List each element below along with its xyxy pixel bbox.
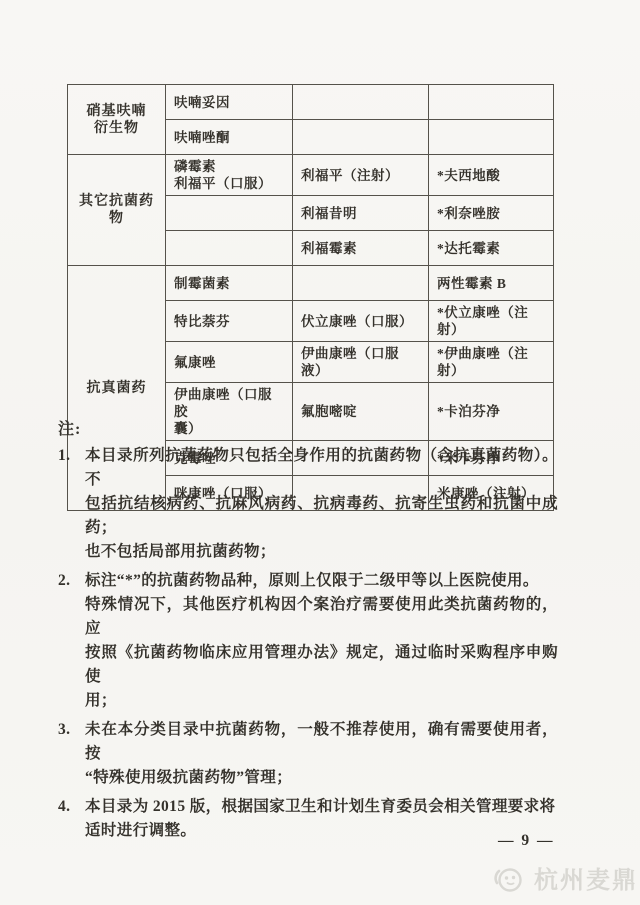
- cell-g1-r1-c2: 利福昔明: [293, 196, 429, 231]
- watermark: 杭州麦鼎: [493, 860, 638, 895]
- cell-g1-r1-c1: [166, 196, 293, 231]
- cell-g2-r1-c2: 伏立康唑（口服）: [293, 301, 429, 342]
- note-item-2: 2. 标注“*”的抗菌药物品种，原则上仅限于二级甲等以上医院使用。 特殊情况下，…: [58, 569, 558, 713]
- cell-g0-r0-c1: 呋喃妥因: [166, 85, 293, 120]
- note-marker: 1.: [58, 444, 85, 564]
- watermark-logo-icon: [493, 862, 529, 894]
- page-number: — 9 —: [498, 832, 555, 850]
- group-label-nitrofuran-derivatives: 硝基呋喃 衍生物: [68, 85, 166, 155]
- cell-g0-r0-c3: [429, 85, 554, 120]
- cell-g1-r0-c1: 磷霉素 利福平（口服）: [166, 155, 293, 196]
- cell-g1-r1-c3: *利奈唑胺: [429, 196, 554, 231]
- note-item-3: 3. 未在本分类目录中抗菌药物，一般不推荐使用，确有需要使用者，按 “特殊使用级…: [58, 718, 558, 790]
- cell-g2-r0-c2: [293, 266, 429, 301]
- watermark-text: 杭州麦鼎: [534, 860, 638, 895]
- cell-g2-r1-c3: *伏立康唑（注射）: [429, 301, 554, 342]
- cell-g2-r1-c1: 特比萘芬: [166, 301, 293, 342]
- scanned-document-page: 硝基呋喃 衍生物 呋喃妥因 呋喃唑酮 其它抗菌药物 磷霉素 利福平（口服） 利福…: [0, 0, 640, 905]
- table-row: 抗真菌药 制霉菌素 两性霉素 B: [68, 266, 554, 301]
- note-text: 本目录为 2015 版，根据国家卫生和计划生育委员会相关管理要求将 适时进行调整…: [85, 795, 558, 843]
- cell-g2-r0-c3: 两性霉素 B: [429, 266, 554, 301]
- cell-g1-r2-c2: 利福霉素: [293, 231, 429, 266]
- cell-g1-r0-c2: 利福平（注射）: [293, 155, 429, 196]
- cell-g1-r0-c3: *夫西地酸: [429, 155, 554, 196]
- cell-g0-r1-c2: [293, 120, 429, 155]
- note-marker: 3.: [58, 718, 85, 790]
- cell-g2-r2-c2: 伊曲康唑（口服液）: [293, 342, 429, 383]
- note-text: 标注“*”的抗菌药物品种，原则上仅限于二级甲等以上医院使用。 特殊情况下，其他医…: [85, 569, 558, 713]
- cell-g2-r2-c3: *伊曲康唑（注射）: [429, 342, 554, 383]
- cell-g1-r2-c1: [166, 231, 293, 266]
- notes-heading: 注:: [58, 416, 558, 439]
- note-item-4: 4. 本目录为 2015 版，根据国家卫生和计划生育委员会相关管理要求将 适时进…: [58, 795, 558, 843]
- note-marker: 2.: [58, 569, 85, 713]
- cell-g2-r0-c1: 制霉菌素: [166, 266, 293, 301]
- cell-g0-r1-c1: 呋喃唑酮: [166, 120, 293, 155]
- note-text: 未在本分类目录中抗菌药物，一般不推荐使用，确有需要使用者，按 “特殊使用级抗菌药…: [85, 718, 558, 790]
- table-row: 硝基呋喃 衍生物 呋喃妥因: [68, 85, 554, 120]
- notes-section: 注: 1. 本目录所列抗菌药物只包括全身作用的抗菌药物（含抗真菌药物）。不 包括…: [58, 416, 558, 843]
- cell-g0-r0-c2: [293, 85, 429, 120]
- cell-g1-r2-c3: *达托霉素: [429, 231, 554, 266]
- note-marker: 4.: [58, 795, 85, 843]
- cell-g2-r2-c1: 氟康唑: [166, 342, 293, 383]
- cell-g0-r1-c3: [429, 120, 554, 155]
- note-item-1: 1. 本目录所列抗菌药物只包括全身作用的抗菌药物（含抗真菌药物）。不 包括抗结核…: [58, 444, 558, 564]
- note-text: 本目录所列抗菌药物只包括全身作用的抗菌药物（含抗真菌药物）。不 包括抗结核病药、…: [85, 444, 558, 564]
- table-row: 其它抗菌药物 磷霉素 利福平（口服） 利福平（注射） *夫西地酸: [68, 155, 554, 196]
- group-label-other-antibacterials: 其它抗菌药物: [68, 155, 166, 266]
